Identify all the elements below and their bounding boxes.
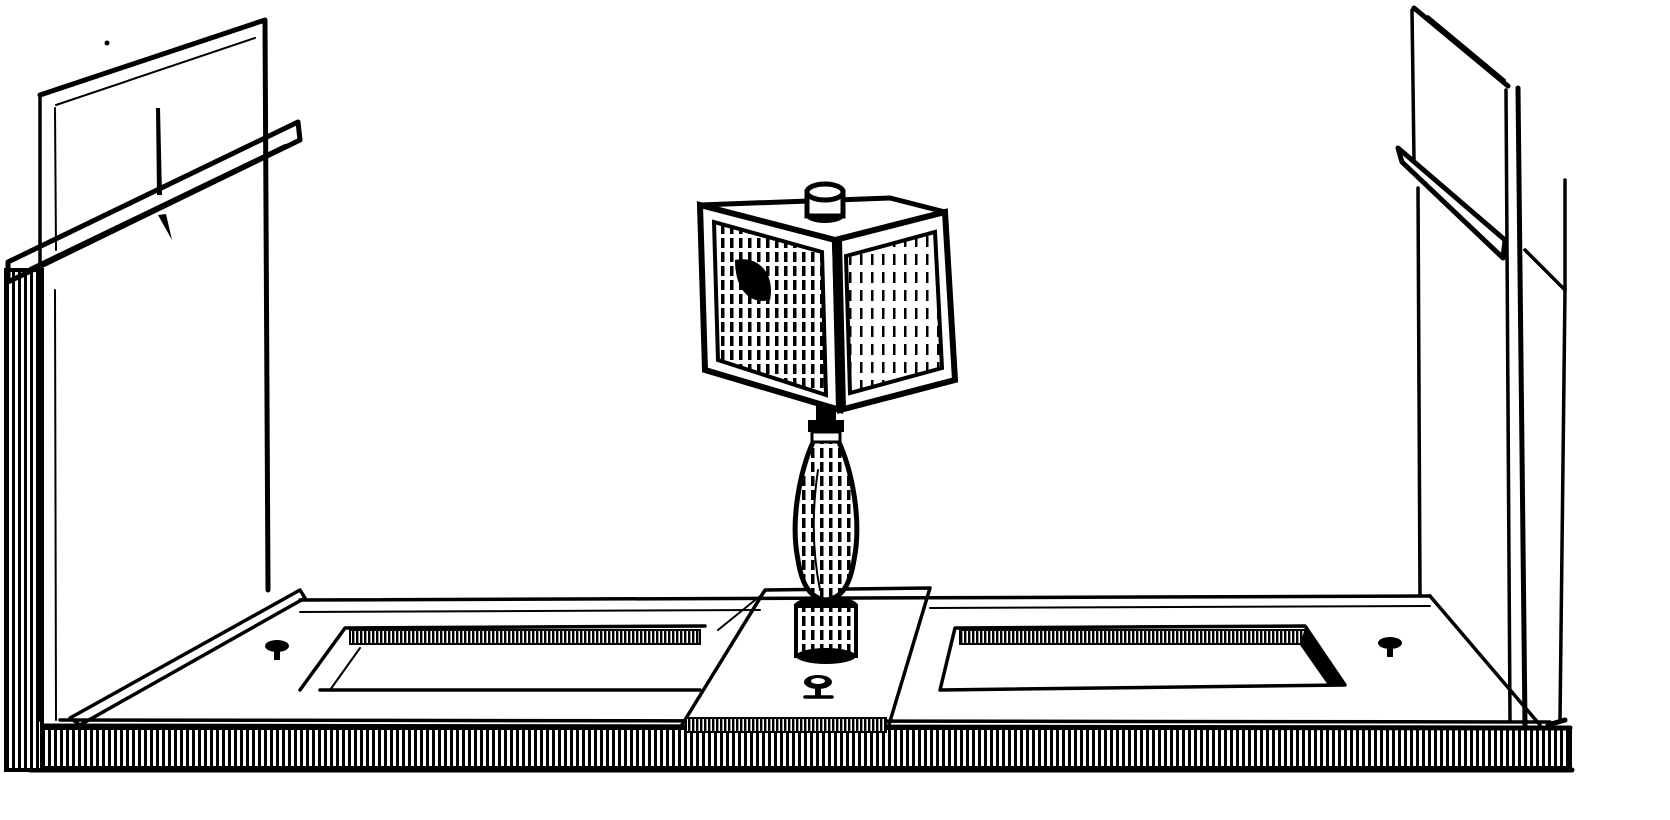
apparatus-illustration <box>0 0 1670 820</box>
right-slot <box>940 626 1402 690</box>
left-slot <box>265 626 705 690</box>
ink-speck <box>105 41 110 46</box>
left-screen <box>6 20 305 770</box>
knob-slide <box>804 675 832 697</box>
mirror-knob <box>805 184 845 223</box>
engraving-canvas <box>0 0 1670 820</box>
knob-right <box>1378 637 1402 657</box>
pedestal <box>794 405 858 664</box>
mirror-box <box>700 184 955 410</box>
right-screen <box>1398 8 1565 725</box>
knob-left <box>265 640 289 660</box>
